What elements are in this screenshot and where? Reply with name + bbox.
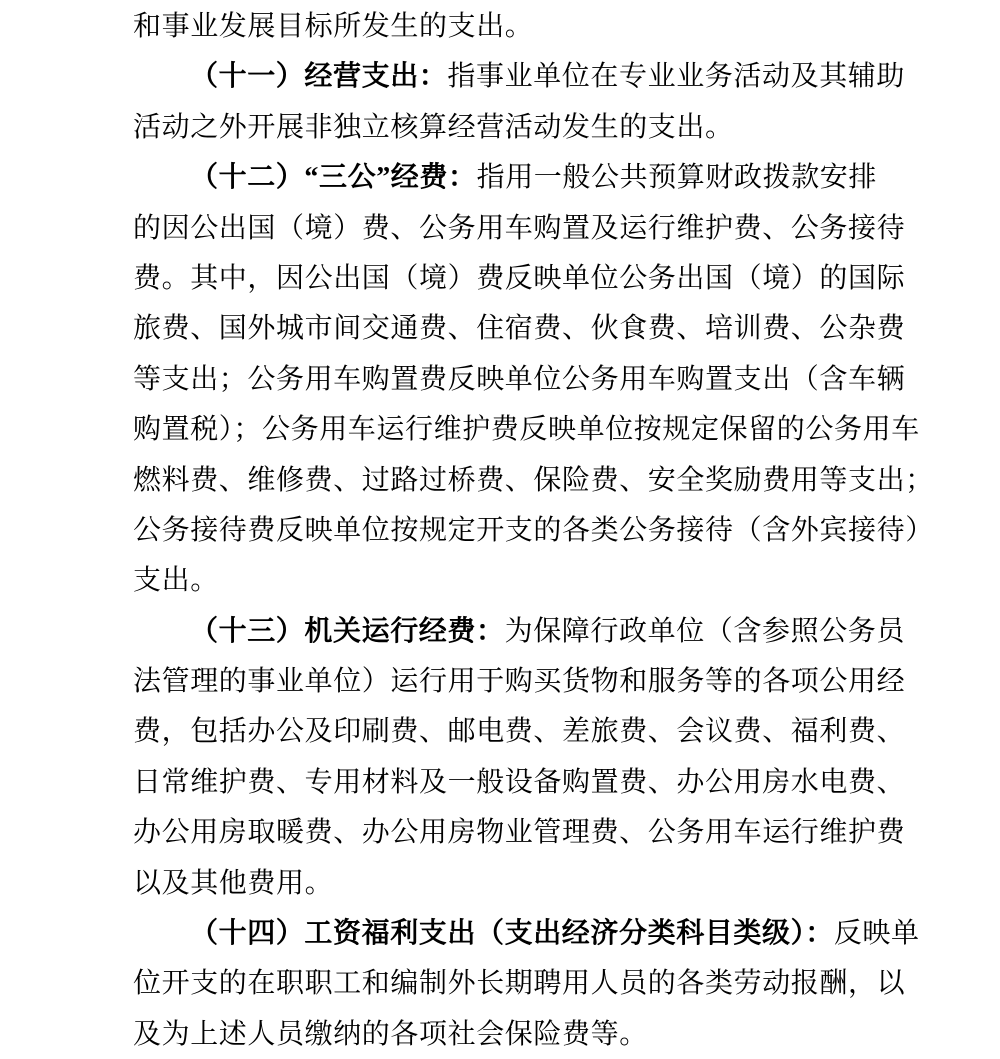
paragraph-label: （十一）经营支出： bbox=[190, 61, 447, 92]
paragraph-text: 及为上述人员缴纳的各项社会保险费等。 bbox=[133, 1019, 648, 1050]
text-line: 支出。 bbox=[133, 556, 1000, 606]
paragraph-text: 的因公出国（境）费、公务用车购置及运行维护费、公务接待 bbox=[133, 213, 905, 244]
paragraph-text: 和事业发展目标所发生的支出。 bbox=[133, 11, 533, 42]
paragraph-text: 办公用房取暖费、办公用房物业管理费、公务用车运行维护费 bbox=[133, 817, 905, 848]
paragraph-text: 为保障行政单位（含参照公务员 bbox=[505, 616, 905, 647]
paragraph-text: 日常维护费、专用材料及一般设备购置费、办公用房水电费、 bbox=[133, 767, 905, 798]
paragraph-label: （十二）“三公”经费： bbox=[190, 162, 477, 193]
paragraph-label: （十三）机关运行经费： bbox=[190, 616, 505, 647]
text-line: 旅费、国外城市间交通费、住宿费、伙食费、培训费、公杂费 bbox=[133, 304, 1000, 354]
text-line: 燃料费、维修费、过路过桥费、保险费、安全奖励费用等支出； bbox=[133, 456, 1000, 506]
text-line: 法管理的事业单位）运行用于购买货物和服务等的各项公用经 bbox=[133, 657, 1000, 707]
paragraph-text: 以及其他费用。 bbox=[133, 868, 333, 899]
text-line: （十四）工资福利支出（支出经济分类科目类级）：反映单 bbox=[133, 909, 1000, 959]
paragraph-text: 等支出；公务用车购置费反映单位公务用车购置支出（含车辆 bbox=[133, 364, 905, 395]
text-line: 等支出；公务用车购置费反映单位公务用车购置支出（含车辆 bbox=[133, 355, 1000, 405]
paragraph-text: 费。其中，因公出国（境）费反映单位公务出国（境）的国际 bbox=[133, 263, 905, 294]
paragraph-text: 燃料费、维修费、过路过桥费、保险费、安全奖励费用等支出； bbox=[133, 465, 934, 496]
document-text-block: 和事业发展目标所发生的支出。（十一）经营支出：指事业单位在专业业务活动及其辅助活… bbox=[0, 0, 1000, 1059]
paragraph-text: 指事业单位在专业业务活动及其辅助 bbox=[447, 61, 905, 92]
text-line: 费。其中，因公出国（境）费反映单位公务出国（境）的国际 bbox=[133, 254, 1000, 304]
paragraph-text: 活动之外开展非独立核算经营活动发生的支出。 bbox=[133, 112, 734, 143]
paragraph-text: 位开支的在职职工和编制外长期聘用人员的各类劳动报酬，以 bbox=[133, 968, 905, 999]
text-line: （十三）机关运行经费：为保障行政单位（含参照公务员 bbox=[133, 607, 1000, 657]
paragraph-text: 公务接待费反映单位按规定开支的各类公务接待（含外宾接待） bbox=[133, 515, 934, 546]
text-line: 及为上述人员缴纳的各项社会保险费等。 bbox=[133, 1010, 1000, 1059]
text-line: 以及其他费用。 bbox=[133, 859, 1000, 909]
document-page: 和事业发展目标所发生的支出。（十一）经营支出：指事业单位在专业业务活动及其辅助活… bbox=[0, 0, 1000, 1059]
text-line: 购置税）；公务用车运行维护费反映单位按规定保留的公务用车 bbox=[133, 405, 1000, 455]
paragraph-text: 旅费、国外城市间交通费、住宿费、伙食费、培训费、公杂费 bbox=[133, 313, 905, 344]
text-line: 费，包括办公及印刷费、邮电费、差旅费、会议费、福利费、 bbox=[133, 707, 1000, 757]
text-line: 日常维护费、专用材料及一般设备购置费、办公用房水电费、 bbox=[133, 758, 1000, 808]
paragraph-text: 法管理的事业单位）运行用于购买货物和服务等的各项公用经 bbox=[133, 666, 905, 697]
text-line: （十一）经营支出：指事业单位在专业业务活动及其辅助 bbox=[133, 52, 1000, 102]
text-line: 办公用房取暖费、办公用房物业管理费、公务用车运行维护费 bbox=[133, 808, 1000, 858]
paragraph-text: 购置税）；公务用车运行维护费反映单位按规定保留的公务用车 bbox=[133, 414, 920, 445]
paragraph-text: 指用一般公共预算财政拨款安排 bbox=[477, 162, 877, 193]
paragraph-label: （十四）工资福利支出（支出经济分类科目类级）： bbox=[190, 918, 834, 949]
paragraph-text: 支出。 bbox=[133, 565, 219, 596]
paragraph-text: 费，包括办公及印刷费、邮电费、差旅费、会议费、福利费、 bbox=[133, 716, 905, 747]
text-line: 的因公出国（境）费、公务用车购置及运行维护费、公务接待 bbox=[133, 204, 1000, 254]
text-line: 和事业发展目标所发生的支出。 bbox=[133, 2, 1000, 52]
text-line: 位开支的在职职工和编制外长期聘用人员的各类劳动报酬，以 bbox=[133, 959, 1000, 1009]
text-line: （十二）“三公”经费：指用一般公共预算财政拨款安排 bbox=[133, 153, 1000, 203]
text-line: 公务接待费反映单位按规定开支的各类公务接待（含外宾接待） bbox=[133, 506, 1000, 556]
paragraph-text: 反映单 bbox=[834, 918, 920, 949]
text-line: 活动之外开展非独立核算经营活动发生的支出。 bbox=[133, 103, 1000, 153]
